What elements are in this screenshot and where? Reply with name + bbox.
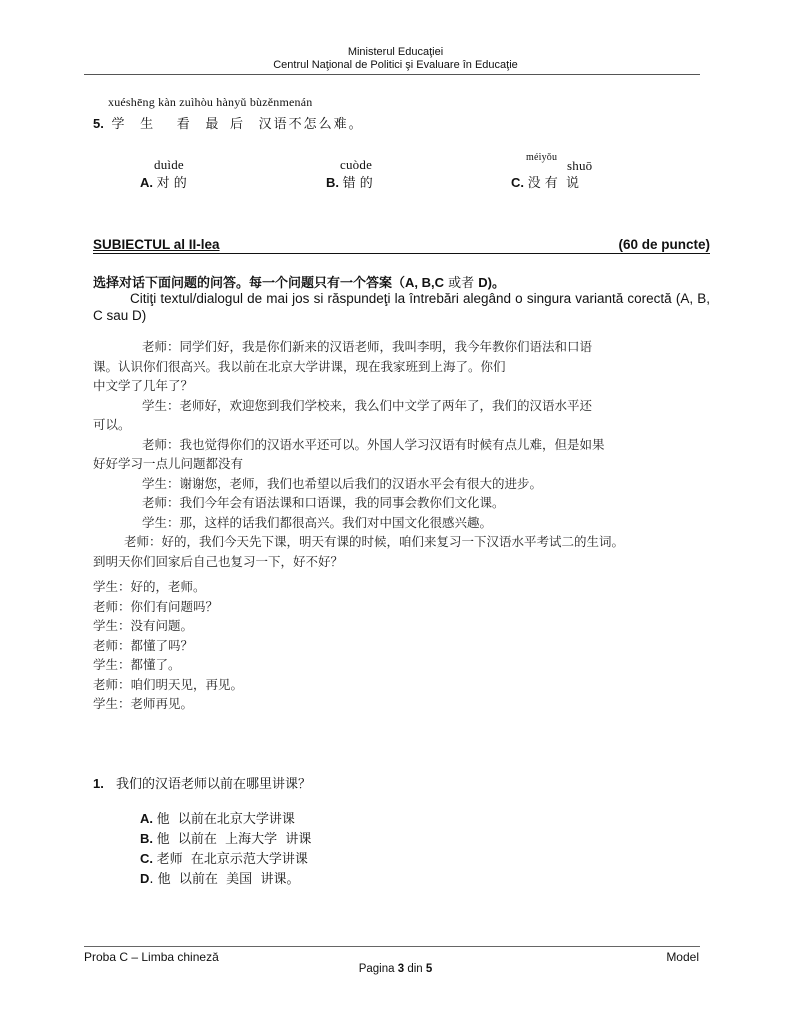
q5-option-c[interactable]: C. 没 有 说 [511,172,579,191]
q1-option-a[interactable]: A. 他 以前在北京大学讲课 [140,809,311,829]
dialogue-line: 学生：谢谢您，老师，我们也希望以后我们的汉语水平会有很大的进步。 [93,474,713,494]
dialogue-line: 学生：老师好，欢迎您到我们学校来，我么们中文学了两年了，我们的汉语水平还 [93,396,713,416]
q5-sentence: 5. 学 生 看 最 后 汉语不怎么难。 [93,113,364,132]
footer-model-label: Model [666,950,699,964]
question-1: 1.我们的汉语老师以前在哪里讲课？ [93,773,311,792]
header-divider [84,74,700,75]
dialogue-line: 到明天你们回家后自己也复习一下，好不好？ [93,552,713,572]
q5-pinyin: xuéshēng kàn zuìhòu hànyǔ bùzěnmenán [108,95,312,110]
header-ministry: Ministerul Educaţiei [0,46,791,59]
section-title: SUBIECTUL al II-lea [93,237,220,252]
q5-option-b[interactable]: B. 错 的 [326,172,373,191]
dialogue-line: 中文学了几年了？ [93,376,713,396]
dialogue-line: 老师：你们有问题吗？ [93,597,243,617]
dialogue-line: 好好学习一点儿问题都没有 [93,454,713,474]
q1-option-d[interactable]: D. 他 以前在 美国 讲课。 [140,869,311,889]
dialogue-line: 学生：好的，老师。 [93,577,243,597]
dialogue-line: 老师：同学们好，我是你们新来的汉语老师，我叫李明，我今年教你们语法和口语 [93,337,713,357]
dialogue-line: 老师：我也觉得你们的汉语水平还可以。外国人学习汉语有时候有点儿难，但是如果 [93,435,713,455]
q5-option-a-pinyin: duìde [154,157,184,173]
footer-divider [84,946,700,947]
dialogue-line: 老师：我们今年会有语法课和口语课，我的同事会教你们文化课。 [93,493,713,513]
dialogue-text: 老师：同学们好，我是你们新来的汉语老师，我叫李明，我今年教你们语法和口语 课。认… [93,337,713,571]
q5-option-a[interactable]: A. 对 的 [140,172,187,191]
dialogue-line: 学生：都懂了。 [93,655,243,675]
q1-option-b[interactable]: B. 他 以前在 上海大学 讲课 [140,829,311,849]
q1-text: 我们的汉语老师以前在哪里讲课？ [116,777,311,792]
q1-number: 1. [93,776,116,791]
instructions-chinese: 选择对话下面问题的问答。每一个问题只有一个答案（A, B,C 或者 D)。 [93,272,505,291]
footer-page-number: Pagina 3 din 5 [0,963,791,975]
dialogue-line: 课。认识你们很高兴。我以前在北京大学讲课，现在我家班到上海了。你们 [93,357,713,377]
dialogue-line: 学生：老师再见。 [93,694,243,714]
section-heading: SUBIECTUL al II-lea (60 de puncte) [93,237,710,254]
footer-exam-name: Proba C – Limba chineză [84,950,219,964]
q5-option-c-pinyin-1: méiyǒu [526,152,557,163]
q5-option-b-pinyin: cuòde [340,157,372,173]
dialogue-line: 老师：好的，我们今天先下课，明天有课的时候，咱们来复习一下汉语水平考试二的生词。 [93,532,713,552]
q1-options: A. 他 以前在北京大学讲课 B. 他 以前在 上海大学 讲课 C. 老师 在北… [140,809,311,889]
dialogue-line: 老师：都懂了吗？ [93,636,243,656]
dialogue-short-lines: 学生：好的，老师。 老师：你们有问题吗？ 学生：没有问题。 老师：都懂了吗？ 学… [93,577,243,714]
dialogue-line: 老师：咱们明天见，再见。 [93,675,243,695]
instructions-romanian: Citiţi textul/dialogul de mai jos si răs… [93,290,710,324]
section-points: (60 de puncte) [618,237,710,252]
dialogue-line: 学生：没有问题。 [93,616,243,636]
dialogue-line: 可以。 [93,415,713,435]
dialogue-line: 学生：那，这样的话我们都很高兴。我们对中国文化很感兴趣。 [93,513,713,533]
q5-number: 5. [93,116,104,131]
q1-option-c[interactable]: C. 老师 在北京示范大学讲课 [140,849,311,869]
header-center: Centrul Naţional de Politici şi Evaluare… [0,59,791,72]
